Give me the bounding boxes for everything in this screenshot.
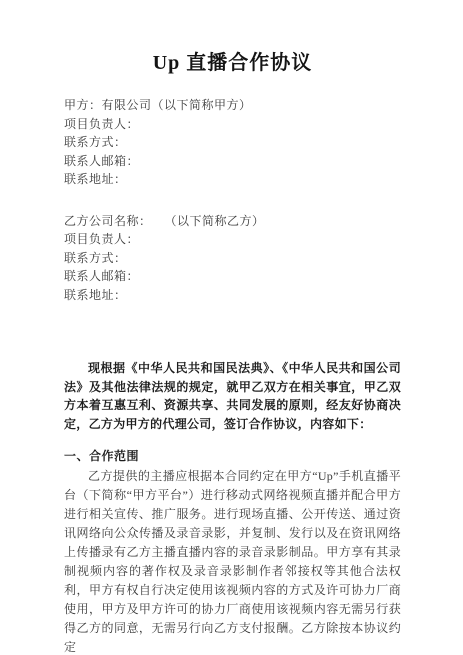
contract-document-page: Up 直播合作协议 甲方：有限公司（以下简称甲方） 项目负责人： 联系方式： 联… bbox=[0, 0, 463, 655]
party-b-contact-line: 联系方式： bbox=[64, 249, 401, 268]
party-b-project-manager-line: 项目负责人： bbox=[64, 230, 401, 249]
section-1-heading: 一、合作范围 bbox=[64, 447, 401, 466]
party-a-info-block: 甲方：有限公司（以下简称甲方） 项目负责人： 联系方式： 联系人邮箱： 联系地址… bbox=[64, 96, 401, 189]
party-a-name-line: 甲方：有限公司（以下简称甲方） bbox=[64, 96, 401, 115]
party-b-email-line: 联系人邮箱： bbox=[64, 267, 401, 286]
preamble-paragraph: 现根据《中华人民共和国民法典》、《中华人民共和国公司法》及其他法律法规的规定，就… bbox=[64, 359, 401, 433]
party-a-address-line: 联系地址： bbox=[64, 170, 401, 189]
party-a-project-manager-line: 项目负责人： bbox=[64, 115, 401, 134]
document-title: Up 直播合作协议 bbox=[64, 50, 401, 76]
party-b-address-line: 联系地址： bbox=[64, 286, 401, 305]
party-b-info-block: 乙方公司名称： （以下简称乙方） 项目负责人： 联系方式： 联系人邮箱： 联系地… bbox=[64, 212, 401, 305]
party-a-email-line: 联系人邮箱： bbox=[64, 152, 401, 171]
section-1-body-paragraph: 乙方提供的主播应根据本合同约定在甲方“Up”手机直播平台（下简称“甲方平台”）进… bbox=[64, 467, 401, 655]
party-a-contact-line: 联系方式： bbox=[64, 133, 401, 152]
party-b-company-name-line: 乙方公司名称： （以下简称乙方） bbox=[64, 212, 401, 231]
